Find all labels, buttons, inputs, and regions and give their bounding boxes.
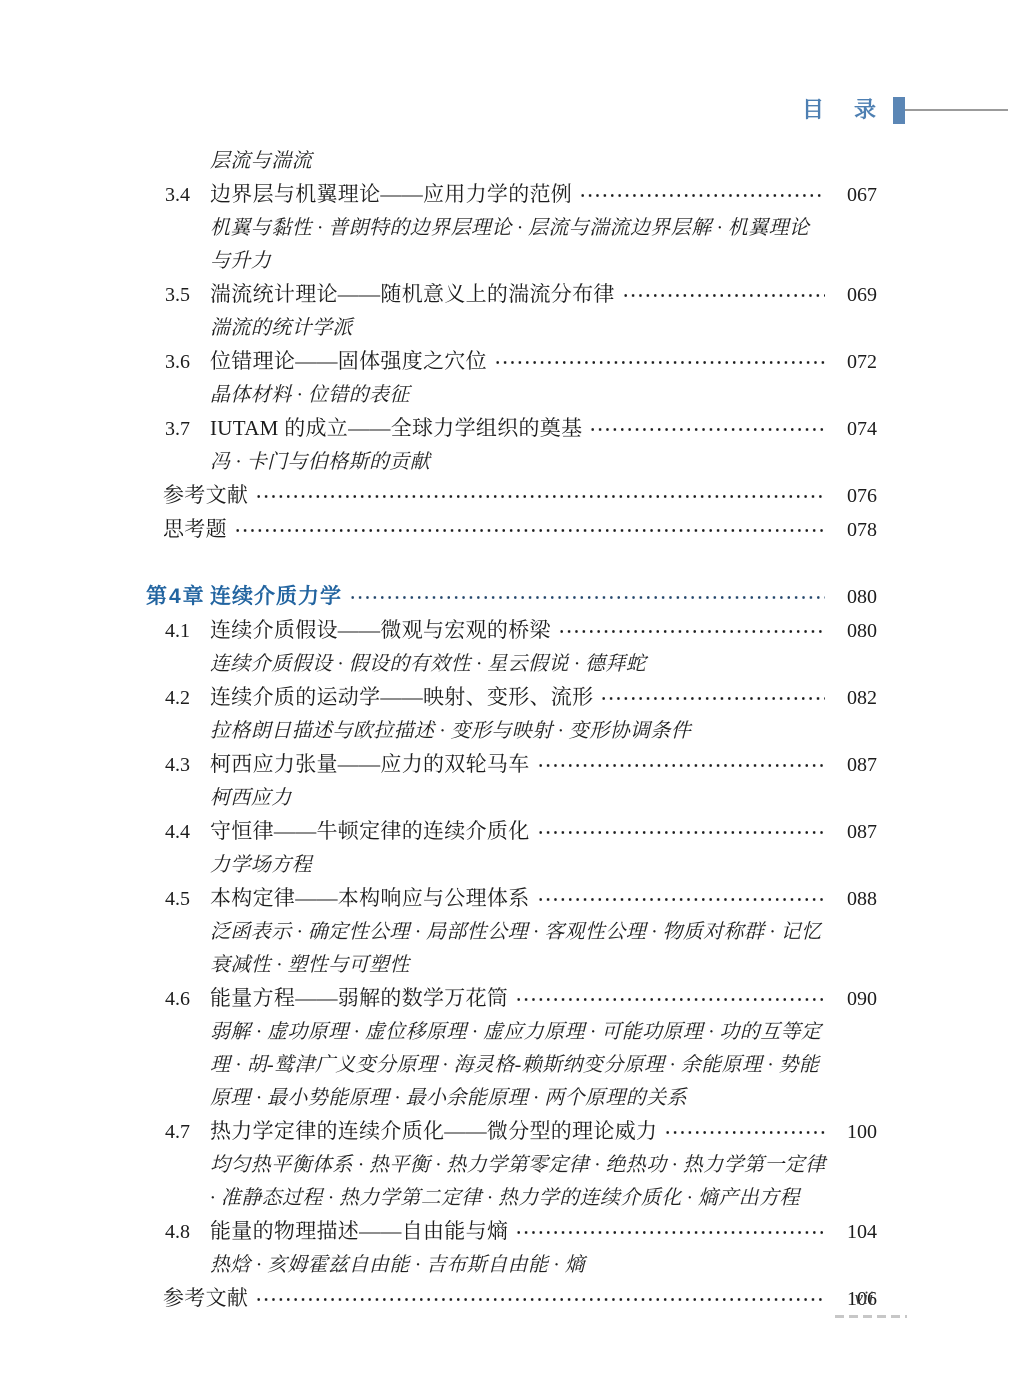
header-accent-bar <box>893 97 905 124</box>
toc-entry: 3.5 湍流统计理论——随机意义上的湍流分布律 069 <box>146 278 877 312</box>
page-number: 087 <box>833 749 877 782</box>
toc-entry-subtitle: 湍流的统计学派 <box>210 312 826 345</box>
toc-entry: 4.7 热力学定律的连续介质化——微分型的理论威力 100 <box>146 1115 877 1149</box>
toc-entry-number: 4.3 <box>165 749 210 782</box>
toc-entry-number: 3.4 <box>165 179 210 212</box>
page-number: 076 <box>833 480 877 513</box>
toc-entry-title: IUTAM 的成立——全球力学组织的奠基 <box>210 412 582 445</box>
toc-entry-subtitle: 机翼与黏性 · 普朗特的边界层理论 · 层流与湍流边界层解 · 机翼理论与升力 <box>210 212 826 278</box>
page-number: 069 <box>833 279 877 312</box>
toc-entry-title: 位错理论——固体强度之穴位 <box>210 345 487 378</box>
toc-entry-number: 4.4 <box>165 816 210 849</box>
toc-entry: 4.1 连续介质假设——微观与宏观的桥梁 080 <box>146 614 877 648</box>
toc-entry-title: 能量的物理描述——自由能与熵 <box>210 1215 508 1248</box>
toc-entry: 3.6 位错理论——固体强度之穴位 072 <box>146 345 877 379</box>
dot-leader <box>234 514 825 547</box>
toc-entry-number: 3.5 <box>165 279 210 312</box>
toc-entry-subtitle: 拉格朗日描述与欧拉描述 · 变形与映射 · 变形协调条件 <box>210 715 826 748</box>
toc-entry-number: 3.7 <box>165 413 210 446</box>
dot-leader <box>349 581 825 614</box>
header-title-char: 录 <box>854 99 876 121</box>
page-number: 087 <box>833 816 877 849</box>
toc-backmatter-entry: 思考题 078 <box>146 513 877 547</box>
toc-entry-number: 3.6 <box>165 346 210 379</box>
dot-leader <box>589 413 825 446</box>
page-footer: vii <box>835 1288 907 1318</box>
toc: 层流与湍流 3.4 边界层与机翼理论——应用力学的范例 067 机翼与黏性 · … <box>146 145 877 1316</box>
toc-entry: 4.4 守恒律——牛顿定律的连续介质化 087 <box>146 815 877 849</box>
toc-entry-title: 连续介质假设——微观与宏观的桥梁 <box>210 614 551 647</box>
toc-entry: 4.8 能量的物理描述——自由能与熵 104 <box>146 1215 877 1249</box>
toc-entry-number: 4.1 <box>165 615 210 648</box>
dot-leader <box>255 480 825 513</box>
chapter-title: 连续介质力学 <box>210 580 342 613</box>
page-number: 104 <box>833 1216 877 1249</box>
page-number: 090 <box>833 983 877 1016</box>
toc-entry-subtitle: 层流与湍流 <box>210 145 826 178</box>
toc-entry-subtitle: 均匀热平衡体系 · 热平衡 · 热力学第零定律 · 绝热功 · 热力学第一定律 … <box>210 1149 826 1215</box>
dot-leader <box>537 816 826 849</box>
toc-entry-subtitle: 热焓 · 亥姆霍兹自由能 · 吉布斯自由能 · 熵 <box>210 1249 826 1282</box>
toc-entry-number: 4.2 <box>165 682 210 715</box>
toc-entry-title: 参考文献 <box>163 479 248 512</box>
page-number: 067 <box>833 179 877 212</box>
page-number: 072 <box>833 346 877 379</box>
toc-entry-subtitle: 柯西应力 <box>210 782 826 815</box>
dot-leader <box>494 346 825 379</box>
page-number: 078 <box>833 514 877 547</box>
chapter-number: 第4章 <box>146 580 210 613</box>
dot-leader <box>622 279 825 312</box>
dot-leader <box>255 1283 825 1316</box>
dot-leader <box>515 1216 825 1249</box>
toc-entry-title: 参考文献 <box>163 1282 248 1315</box>
toc-entry-subtitle: 晶体材料 · 位错的表征 <box>210 379 826 412</box>
toc-entry-number: 4.6 <box>165 983 210 1016</box>
toc-entry-title: 热力学定律的连续介质化——微分型的理论威力 <box>210 1115 657 1148</box>
dot-leader <box>579 179 825 212</box>
toc-entry-title: 柯西应力张量——应力的双轮马车 <box>210 748 530 781</box>
dot-leader <box>664 1116 825 1149</box>
toc-entry-title: 本构定律——本构响应与公理体系 <box>210 882 530 915</box>
page-header: 目 录 <box>0 94 1008 126</box>
toc-entry-subtitle: 连续介质假设 · 假设的有效性 · 星云假说 · 德拜蛇 <box>210 648 826 681</box>
dot-leader <box>558 615 825 648</box>
dot-leader <box>537 749 826 782</box>
toc-entry-number: 4.7 <box>165 1116 210 1149</box>
toc-entry: 4.3 柯西应力张量——应力的双轮马车 087 <box>146 748 877 782</box>
folio-dashes <box>835 1315 907 1318</box>
toc-entry-title: 湍流统计理论——随机意义上的湍流分布律 <box>210 278 615 311</box>
toc-entry-title: 连续介质的运动学——映射、变形、流形 <box>210 681 593 714</box>
toc-chapter-heading: 第4章 连续介质力学 080 <box>146 580 877 614</box>
toc-backmatter-entry: 参考文献 076 <box>146 479 877 513</box>
page-number: 080 <box>833 615 877 648</box>
toc-entry: 4.5 本构定律——本构响应与公理体系 088 <box>146 882 877 916</box>
toc-entry-title: 守恒律——牛顿定律的连续介质化 <box>210 815 530 848</box>
folio-page-number: vii <box>835 1288 907 1311</box>
toc-entry-title: 能量方程——弱解的数学万花筒 <box>210 982 508 1015</box>
dot-leader <box>537 883 826 916</box>
page-number: 080 <box>833 581 877 614</box>
dot-leader <box>600 682 825 715</box>
toc-entry-title: 思考题 <box>163 513 227 546</box>
toc-entry-subtitle: 弱解 · 虚功原理 · 虚位移原理 · 虚应力原理 · 可能功原理 · 功的互等… <box>210 1016 826 1115</box>
page-number: 074 <box>833 413 877 446</box>
toc-entry-number: 4.5 <box>165 883 210 916</box>
toc-entry-title: 边界层与机翼理论——应用力学的范例 <box>210 178 572 211</box>
toc-entry: 3.7 IUTAM 的成立——全球力学组织的奠基 074 <box>146 412 877 446</box>
toc-backmatter-entry: 参考文献 106 <box>146 1282 877 1316</box>
toc-entry: 4.2 连续介质的运动学——映射、变形、流形 082 <box>146 681 877 715</box>
page-number: 082 <box>833 682 877 715</box>
toc-entry: 3.4 边界层与机翼理论——应用力学的范例 067 <box>146 178 877 212</box>
toc-entry-subtitle: 力学场方程 <box>210 849 826 882</box>
toc-entry-subtitle: 泛函表示 · 确定性公理 · 局部性公理 · 客观性公理 · 物质对称群 · 记… <box>210 916 826 982</box>
page-number: 100 <box>833 1116 877 1149</box>
dot-leader <box>515 983 825 1016</box>
header-rule <box>905 109 1008 111</box>
header-title-char: 目 <box>802 99 824 121</box>
toc-entry-number: 4.8 <box>165 1216 210 1249</box>
toc-entry-subtitle: 冯 · 卡门与伯格斯的贡献 <box>210 446 826 479</box>
page-number: 088 <box>833 883 877 916</box>
toc-entry: 4.6 能量方程——弱解的数学万花筒 090 <box>146 982 877 1016</box>
